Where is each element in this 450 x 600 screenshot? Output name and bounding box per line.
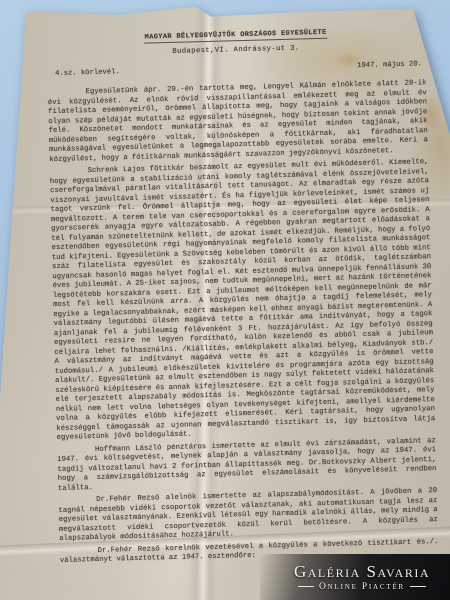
document-meta-row: 4.sz. körlevél. 1947. május 20. xyxy=(47,60,426,78)
document-body: Egyesületünk ápr. 29.-én tartotta meg, L… xyxy=(47,79,438,566)
photo-background: MAGYAR BÉLYEGGYŰJTŐK ORSZÁGOS EGYESÜLETE… xyxy=(0,0,450,600)
paragraph-4: Dr.Fehér Rezső alelnök ismertette az ala… xyxy=(58,487,438,544)
watermark-subtitle: Online Piactér xyxy=(298,582,426,592)
paragraph-1: Egyesületünk ápr. 29.-én tartotta meg, L… xyxy=(47,79,428,165)
document-address: Budapest,VI. Andrássy-ut 3. xyxy=(46,41,425,59)
document-date: 1947. május 20. xyxy=(357,60,422,70)
paragraph-2: Schrenk Lajos főtitkár beszámolt az egye… xyxy=(50,158,436,443)
document-title: MAGYAR BÉLYEGGYŰJTŐK ORSZÁGOS EGYESÜLETE xyxy=(46,26,425,44)
watermark-dash xyxy=(410,586,426,587)
end-mark: ./. xyxy=(425,538,438,548)
circular-number: 4.sz. körlevél. xyxy=(55,68,120,78)
document-paper: MAGYAR BÉLYEGGYŰJTŐK ORSZÁGOS EGYESÜLETE… xyxy=(0,0,450,600)
paragraph-3: Hoffmann László pénztáros ismertette az … xyxy=(57,437,437,494)
watermark-dash xyxy=(298,586,314,587)
watermark-galeria-savaria: Galéria Savaria Online Piactér xyxy=(260,554,450,600)
document-content: MAGYAR BÉLYEGGYŰJTŐK ORSZÁGOS EGYESÜLETE… xyxy=(46,26,439,569)
watermark-title: Galéria Savaria xyxy=(294,563,430,580)
